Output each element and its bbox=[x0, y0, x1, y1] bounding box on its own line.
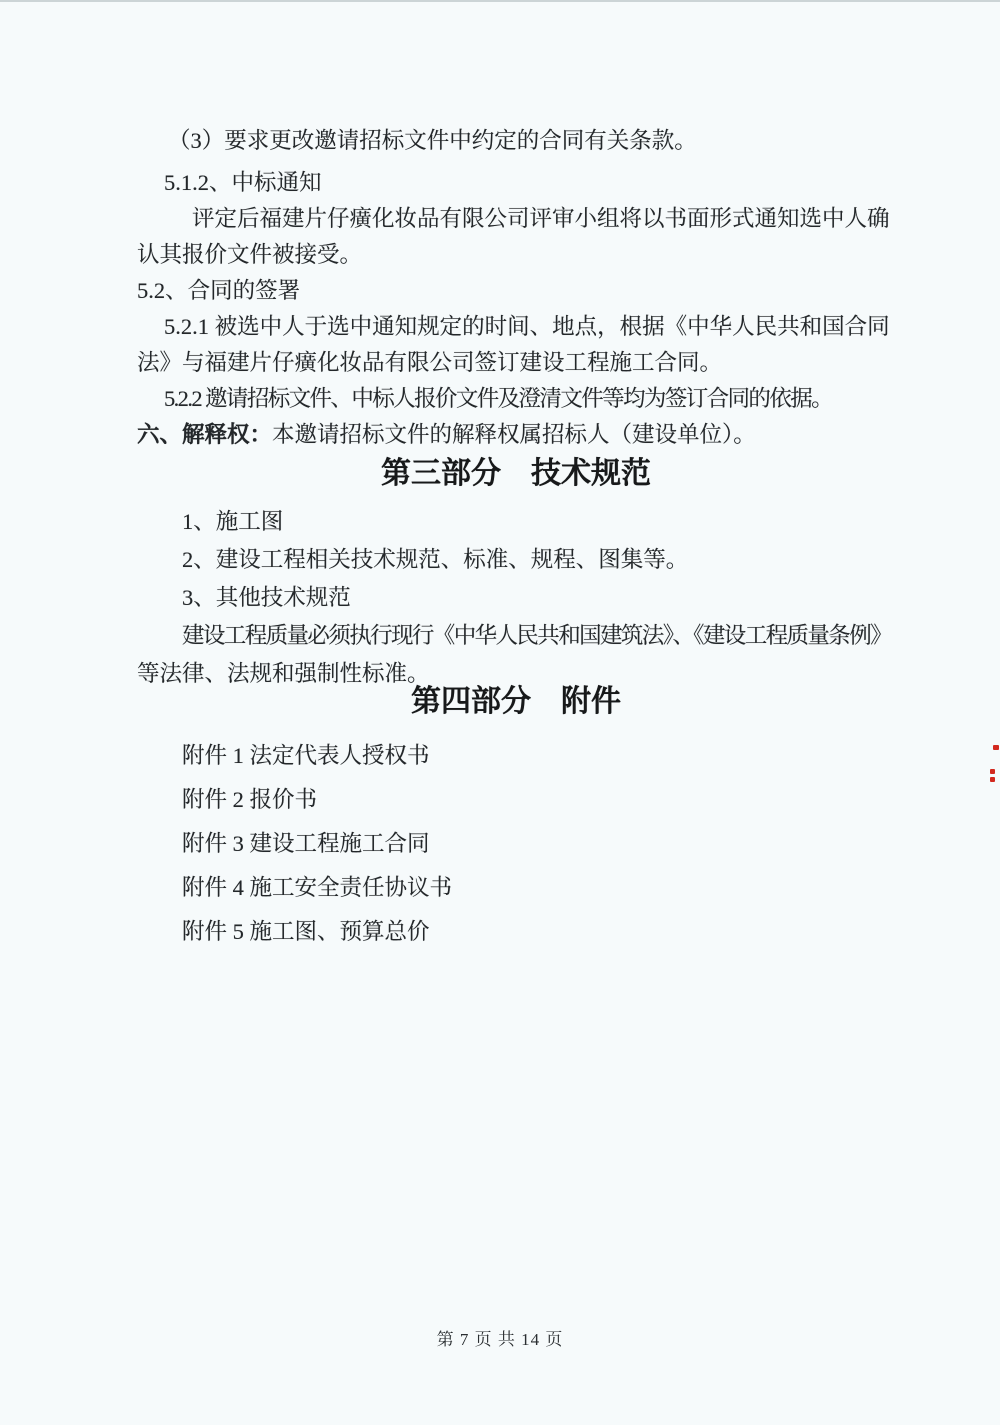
interpretation-label: 六、解释权： bbox=[137, 422, 272, 447]
attachments-block: 附件 1 法定代表人授权书 附件 2 报价书 附件 3 建设工程施工合同 附件 … bbox=[137, 734, 869, 954]
attachment-item-3: 附件 3 建设工程施工合同 bbox=[137, 822, 869, 866]
section3-block: 1、施工图 2、建设工程相关技术规范、标准、规程、图集等。 3、其他技术规范 建… bbox=[137, 503, 869, 693]
document-page: （3）要求更改邀请招标文件中约定的合同有关条款。 5.1.2、中标通知 评定后福… bbox=[0, 0, 1000, 1425]
line-interpretation: 六、解释权：本邀请招标文件的解释权属招标人（建设单位）。 bbox=[137, 417, 869, 453]
section4-heading: 第四部分 附件 bbox=[137, 680, 869, 724]
page-footer: 第 7 页 共 14 页 bbox=[0, 1326, 1000, 1354]
red-mark-3 bbox=[990, 777, 995, 782]
attachment-item-5: 附件 5 施工图、预算总价 bbox=[137, 910, 869, 954]
red-mark-1 bbox=[993, 745, 999, 750]
attachment-item-4: 附件 4 施工安全责任协议书 bbox=[137, 866, 869, 910]
line-5-2-1-cont: 法》与福建片仔癀化妆品有限公司签订建设工程施工合同。 bbox=[137, 345, 869, 381]
line-award-notice-cont: 认其报价文件被接受。 bbox=[137, 237, 869, 273]
interpretation-text: 本邀请招标文件的解释权属招标人（建设单位）。 bbox=[272, 422, 756, 447]
attachment-item-1: 附件 1 法定代表人授权书 bbox=[137, 734, 869, 778]
section3-heading: 第三部分 技术规范 bbox=[137, 452, 869, 496]
line-tech-standards: 2、建设工程相关技术规范、标准、规程、图集等。 bbox=[137, 541, 869, 579]
line-clause-3: （3）要求更改邀请招标文件中约定的合同有关条款。 bbox=[137, 123, 869, 159]
line-5-1-2-heading: 5.1.2、中标通知 bbox=[137, 165, 869, 201]
line-5-2-1: 5.2.1 被选中人于选中通知规定的时间、地点，根据《中华人民共和国合同 bbox=[137, 309, 869, 345]
line-construction-drawings: 1、施工图 bbox=[137, 503, 869, 541]
attachment-item-2: 附件 2 报价书 bbox=[137, 778, 869, 822]
line-other-specs: 3、其他技术规范 bbox=[137, 579, 869, 617]
line-quality-law: 建设工程质量必须执行现行《中华人民共和国建筑法》、《建设工程质量条例》 bbox=[137, 617, 869, 655]
line-5-2-heading: 5.2、合同的签署 bbox=[137, 273, 869, 309]
red-mark-2 bbox=[990, 769, 995, 774]
line-5-2-2: 5.2.2 邀请招标文件、中标人报价文件及澄清文件等均为签订合同的依据。 bbox=[137, 381, 869, 417]
line-award-notice: 评定后福建片仔癀化妆品有限公司评审小组将以书面形式通知选中人确 bbox=[137, 201, 869, 237]
contract-clauses-block: （3）要求更改邀请招标文件中约定的合同有关条款。 5.1.2、中标通知 评定后福… bbox=[137, 123, 869, 453]
